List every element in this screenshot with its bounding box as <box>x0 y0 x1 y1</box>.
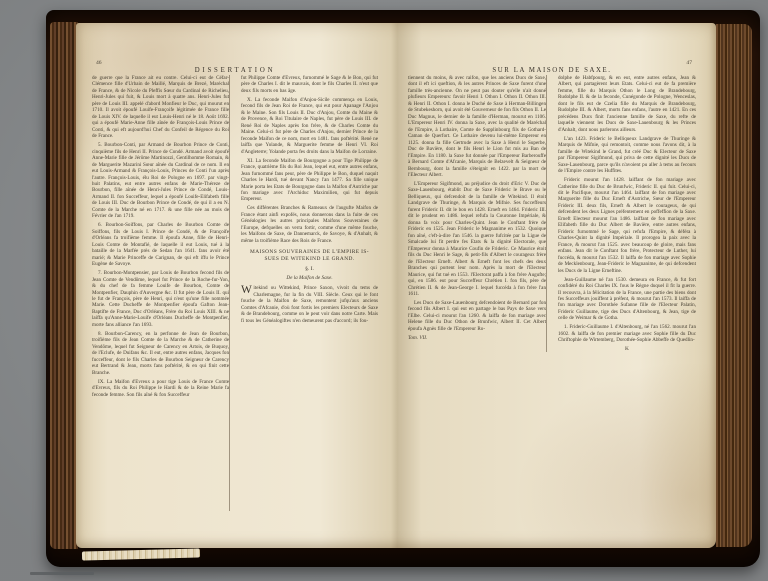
left-cover-edge <box>50 22 78 549</box>
paragraph: 6. Bourbon-Soiffons, par Charles de Bour… <box>92 222 229 267</box>
right-page-number: 47 <box>686 60 692 66</box>
open-book: 46 DISSERTATION de guerre que la France … <box>46 10 760 567</box>
photo-credit-microtext <box>30 572 94 575</box>
volume-mark: Tom. VII. <box>408 335 546 341</box>
paragraph: Les Ducs de Saxe-Lauenbourg defcendoient… <box>408 300 546 332</box>
paragraph: tiennent du moins, & avec raifon, que le… <box>408 75 546 179</box>
paragraph: L'Empereur Sigifmond, au préjudice du dr… <box>408 181 546 297</box>
paragraph: Jean-Guillaume né l'an 1530. demeura en … <box>558 277 696 322</box>
left-page-column-1: de guerre que la France ait eu contre. C… <box>92 75 229 511</box>
paragraph: Witekind ou Wittekind, Prince Saxon, viv… <box>241 285 378 324</box>
bottom-page-edges <box>82 548 200 560</box>
paragraph: fut Philippe Comte d'Evreux, furnommé le… <box>241 75 378 94</box>
paragraph: Frideric mourut l'an 1428. laiffant de f… <box>558 177 696 274</box>
section-subtitle: De la Maifon de Saxe. <box>241 275 378 281</box>
paragraph: X. La feconde Maifon d'Anjou-Sicile comm… <box>241 97 378 155</box>
right-page: SUR LA MAISON DE SAXE. 47 tiennent du mo… <box>408 59 696 352</box>
right-page-column-1: tiennent du moins, & avec raifon, que le… <box>408 75 546 352</box>
right-running-title: SUR LA MAISON DE SAXE. <box>492 67 611 74</box>
right-page-column-2: dolphe de Habfpourg, & en eut, entre aut… <box>546 75 696 352</box>
paragraph: 1. Frideric-Guillaume I. d'Altenbourg, n… <box>558 324 696 343</box>
left-page-number: 46 <box>96 60 102 66</box>
paragraph: IX. La Maifon d'Evreux a pour tige Louis… <box>92 379 229 398</box>
section-mark: §. I. <box>241 266 378 272</box>
paragraph: L'an 1423. Frideric le Belliqueux Landgr… <box>558 136 696 175</box>
paragraph: 5. Bourbon-Conti, par Armand de Bourbon … <box>92 142 229 220</box>
paragraph: dolphe de Habfpourg, & en eut, entre aut… <box>558 75 696 133</box>
left-page: 46 DISSERTATION de guerre que la France … <box>92 59 378 511</box>
drop-cap: W <box>241 286 252 295</box>
paragraph: Ces différentes Branches & Rameaux de l'… <box>241 205 378 244</box>
right-fore-edge <box>716 24 752 547</box>
signature-mark: K <box>558 346 696 352</box>
left-page-column-2: fut Philippe Comte d'Evreux, furnommé le… <box>229 75 378 511</box>
left-running-title: DISSERTATION <box>195 67 276 74</box>
paragraph: XI. La feconde Maifon de Bourgogne a pou… <box>241 158 378 203</box>
paragraph: de guerre que la France ait eu contre. C… <box>92 75 229 140</box>
left-running-head: 46 DISSERTATION <box>92 59 378 70</box>
paragraph: 8. Bourbon-Carency, en la perfonne de Je… <box>92 331 229 376</box>
page-spread: 46 DISSERTATION de guerre que la France … <box>76 23 716 548</box>
paragraph: 7. Bourbon-Montpensier, par Louis de Bou… <box>92 270 229 328</box>
section-heading: MAISONS SOUVERAINES DE L'EMPIRE IS- SUES… <box>243 249 376 263</box>
right-running-head: SUR LA MAISON DE SAXE. 47 <box>408 59 696 70</box>
